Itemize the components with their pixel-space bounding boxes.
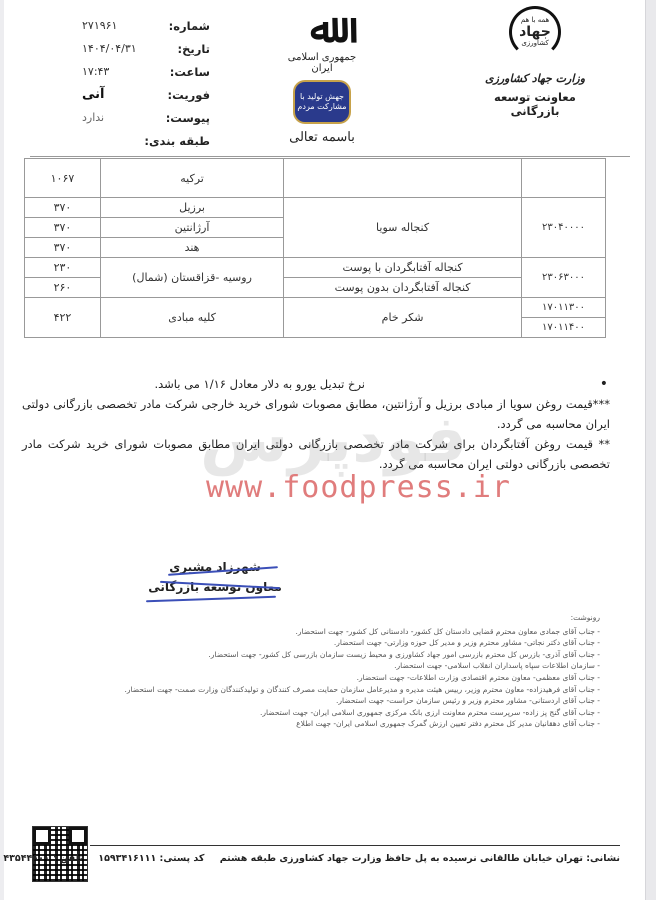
hs-code-cell: ۱۷۰۱۱۳۰۰ xyxy=(522,298,606,318)
meta-priority: فوریت: آنی xyxy=(60,83,210,106)
meta-number-label: شماره: xyxy=(160,19,210,33)
bismillah: باسمه تعالی xyxy=(282,130,362,145)
cc-item: - جناب آقای گنج پز زاده- سرپرست محترم مع… xyxy=(160,707,600,719)
price-cell: ۳۷۰ xyxy=(25,238,101,258)
price-cell: ۲۶۰ xyxy=(25,278,101,298)
meta-time-label: ساعت: xyxy=(160,65,210,79)
footer-address: نشانی: تهران خیابان طالقانی نرسیده به پل… xyxy=(90,853,620,864)
cc-item: - جناب آقای دهقانیان مدیر کل محترم دفتر … xyxy=(160,718,600,730)
cc-title: رونوشت: xyxy=(160,612,600,624)
soy-oil-note: ***قیمت روغن سویا از مبادی برزیل و آرژان… xyxy=(22,394,610,434)
meta-attachment-value: ندارد xyxy=(60,111,160,124)
product-cell xyxy=(284,159,522,198)
table-row: ۲۳۰۴۰۰۰۰ کنجاله سویا برزیل ۳۷۰ xyxy=(25,198,606,218)
meta-classification: طبقه بندی: xyxy=(60,129,210,152)
watermark-url: www.foodpress.ir xyxy=(206,470,511,505)
hs-code-cell: ۲۳۰۶۳۰۰۰ xyxy=(522,258,606,298)
cc-item: - جناب آقای اردستانی- مشاور محترم وزیر و… xyxy=(160,695,600,707)
meta-number-value: ۲۷۱۹۶۱ xyxy=(60,19,160,32)
postal-code: کد پستی: ۱۵۹۳۴۱۶۱۱۱ xyxy=(98,853,204,864)
hs-code-cell: ۲۳۰۴۰۰۰۰ xyxy=(522,198,606,258)
origin-cell: روسیه -قزاقستان (شمال) xyxy=(100,258,283,298)
meta-attachment: پیوست: ندارد xyxy=(60,106,210,129)
meta-time-value: ۱۷:۴۳ xyxy=(60,65,160,78)
hs-code-cell xyxy=(522,159,606,198)
price-cell: ۳۷۰ xyxy=(25,218,101,238)
product-cell: شکر خام xyxy=(284,298,522,338)
product-cell: کنجاله آفتابگردان با پوست xyxy=(284,258,522,278)
hs-code-cell: ۱۷۰۱۱۴۰۰ xyxy=(522,318,606,338)
price-table: ترکیه ۱۰۶۷ ۲۳۰۴۰۰۰۰ کنجاله سویا برزیل ۳۷… xyxy=(24,158,606,338)
table-row: ۲۳۰۶۳۰۰۰ کنجاله آفتابگردان با پوست روسیه… xyxy=(25,258,606,278)
page-edge-left xyxy=(0,0,4,900)
cc-item: - جناب آقای معظمی- معاون محترم اقتصادی و… xyxy=(160,672,600,684)
cc-item: - جناب آقای آذری- بازرس کل محترم بازرسی … xyxy=(160,649,600,661)
meta-priority-label: فوریت: xyxy=(160,88,210,102)
product-cell: کنجاله سویا xyxy=(284,198,522,258)
price-cell: ۴۲۲ xyxy=(25,298,101,338)
address-text: نشانی: تهران خیابان طالقانی نرسیده به پل… xyxy=(220,853,620,864)
page-scrollbar[interactable] xyxy=(645,0,656,900)
logo-big-text: جهاد xyxy=(519,25,551,39)
meta-priority-value: آنی xyxy=(60,87,160,102)
meta-time: ساعت: ۱۷:۴۳ xyxy=(60,60,210,83)
cc-list: رونوشت: - جناب آقای جمادی معاون محترم قض… xyxy=(160,612,600,730)
cc-item: - جناب آقای جمادی معاون محترم قضایی دادس… xyxy=(160,626,600,638)
national-emblem-block: ﷲ جمهوری اسلامی ایران جهش تولید با مشارک… xyxy=(282,8,362,145)
price-cell: ۱۰۶۷ xyxy=(25,159,101,198)
origin-cell: کلیه مبادی xyxy=(100,298,283,338)
origin-cell: ترکیه xyxy=(100,159,283,198)
price-cell: ۲۳۰ xyxy=(25,258,101,278)
price-cell: ۳۷۰ xyxy=(25,198,101,218)
slogan-badge: جهش تولید با مشارکت مردم xyxy=(293,80,351,124)
footer-divider xyxy=(90,845,620,846)
phone-number: تلفن : ۴۳۵۴۴۸۰۰ xyxy=(3,853,83,864)
meta-number: شماره: ۲۷۱۹۶۱ xyxy=(60,14,210,37)
cc-item: - سازمان اطلاعات سپاه پاسداران انقلاب اس… xyxy=(160,660,600,672)
iran-emblem-icon: ﷲ xyxy=(282,8,362,50)
signature-stroke xyxy=(146,596,276,603)
ministry-header: همه با هم جهاد کشاورزی وزارت جهاد کشاورز… xyxy=(470,6,600,118)
exchange-rate-note: نرخ تبدیل یورو به دلار معادل ۱/۱۶ می باش… xyxy=(22,374,610,394)
meta-date-value: ۱۴۰۴/۰۴/۳۱ xyxy=(60,42,160,55)
notes-section: نرخ تبدیل یورو به دلار معادل ۱/۱۶ می باش… xyxy=(22,374,610,474)
emblem-caption: جمهوری اسلامی ایران xyxy=(282,52,362,74)
letter-meta: شماره: ۲۷۱۹۶۱ تاریخ: ۱۴۰۴/۰۴/۳۱ ساعت: ۱۷… xyxy=(60,14,210,152)
signature-block: شهرزاد مشیری معاون توسعه بازرگانی xyxy=(140,560,290,594)
origin-cell: برزیل xyxy=(100,198,283,218)
cc-item: - جناب آقای فرهیدزاده- معاون محترم وزیر،… xyxy=(160,684,600,696)
logo-small-text: کشاورزی xyxy=(521,39,548,48)
ministry-name: وزارت جهاد کشاورزی xyxy=(470,72,600,85)
cc-item: - جناب آقای دکتر نجاتی- مشاور محترم وزیر… xyxy=(160,637,600,649)
sunflower-oil-note: ** قیمت روغن آفتابگردان برای شرکت مادر ت… xyxy=(22,434,610,474)
meta-attachment-label: پیوست: xyxy=(160,111,210,125)
product-cell: کنجاله آفتابگردان بدون پوست xyxy=(284,278,522,298)
ministry-logo-icon: همه با هم جهاد کشاورزی xyxy=(509,6,561,58)
origin-cell: هند xyxy=(100,238,283,258)
table-row: ۱۷۰۱۱۳۰۰ شکر خام کلیه مبادی ۴۲۲ xyxy=(25,298,606,318)
meta-date: تاریخ: ۱۴۰۴/۰۴/۳۱ xyxy=(60,37,210,60)
origin-cell: آرژانتین xyxy=(100,218,283,238)
department-name: معاونت توسعه بازرگانی xyxy=(470,90,600,118)
meta-classification-label: طبقه بندی: xyxy=(130,134,210,148)
meta-date-label: تاریخ: xyxy=(160,42,210,56)
header-divider xyxy=(30,156,630,157)
table-row: ترکیه ۱۰۶۷ xyxy=(25,159,606,198)
